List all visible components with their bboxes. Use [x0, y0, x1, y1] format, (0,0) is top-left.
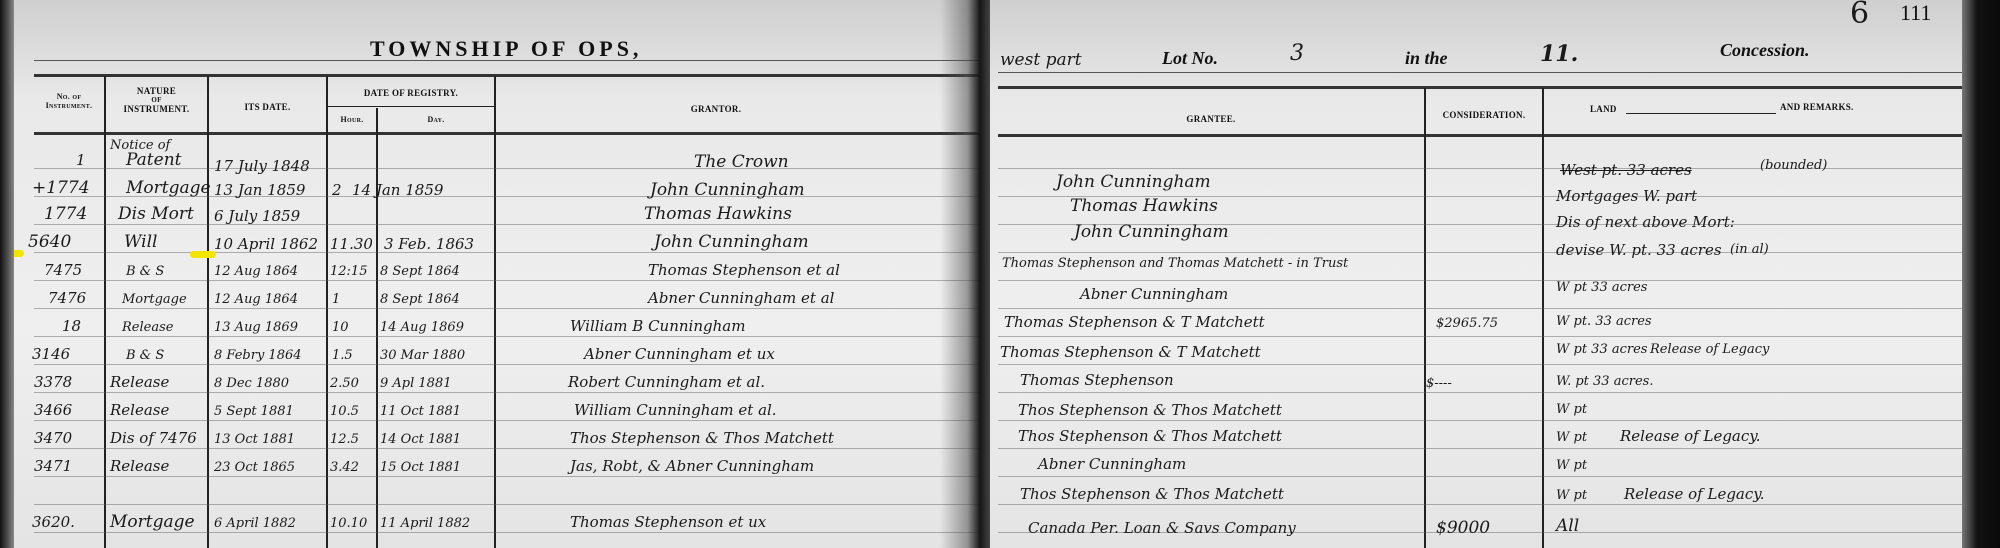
col-divider: [494, 76, 496, 548]
header-top-rule: [998, 86, 1962, 89]
page-number: 111: [1900, 0, 1931, 26]
header-and-remarks: AND REMARKS.: [1780, 102, 1854, 112]
highlight-marker-nature: [190, 251, 216, 258]
header-no-of-instrument: No. of Instrument.: [34, 92, 104, 110]
in-the-label: in the: [1405, 48, 1448, 69]
right-page: west part Lot No. 3 in the 11. Concessio…: [990, 0, 1962, 548]
header-grantor: GRANTOR.: [496, 104, 936, 114]
col-divider: [376, 108, 378, 548]
consideration-value: $9000: [1436, 518, 1490, 538]
header-consideration: CONSIDERATION.: [1426, 110, 1542, 120]
concession-label: Concession.: [1720, 40, 1810, 61]
header-bottom-rule: [998, 134, 1962, 137]
col-divider: [104, 76, 106, 548]
header-nature-of-instrument: NATURE OF INSTRUMENT.: [106, 86, 207, 114]
header-land: LAND: [1590, 104, 1617, 114]
folio-number: 6: [1850, 4, 1869, 24]
header-day: Day.: [378, 115, 494, 124]
township-title: TOWNSHIP OF OPS,: [370, 36, 642, 62]
header-hour: Hour.: [328, 115, 376, 124]
col-divider: [207, 76, 209, 548]
header-date-of-registry: DATE OF REGISTRY.: [328, 88, 494, 98]
highlight-marker-left: [14, 250, 24, 257]
header-bottom-rule: [34, 132, 980, 135]
book-gutter: [940, 0, 990, 548]
header-its-date: ITS DATE.: [209, 102, 326, 112]
concession-value: 11.: [1540, 44, 1578, 64]
registry-subheader-rule: [328, 106, 494, 107]
book-binding-left: [0, 0, 14, 548]
consideration-value: $2965.75: [1436, 314, 1498, 334]
header-top-rule: [34, 74, 980, 77]
lot-label: Lot No.: [1162, 48, 1218, 69]
ledger-spread: TOWNSHIP OF OPS, No. of Instrument. NATU…: [0, 0, 2000, 548]
lot-value: 3: [1290, 44, 1304, 64]
part-label: west part: [1000, 50, 1082, 70]
book-edge-right: [1962, 0, 2000, 548]
left-page: TOWNSHIP OF OPS, No. of Instrument. NATU…: [14, 0, 980, 548]
header-grantee: GRANTEE.: [998, 114, 1424, 124]
title-underline: [34, 60, 980, 61]
col-divider: [1542, 88, 1544, 548]
consideration-value: $----: [1426, 374, 1452, 394]
col-divider: [1424, 88, 1426, 548]
col-divider: [326, 76, 328, 548]
